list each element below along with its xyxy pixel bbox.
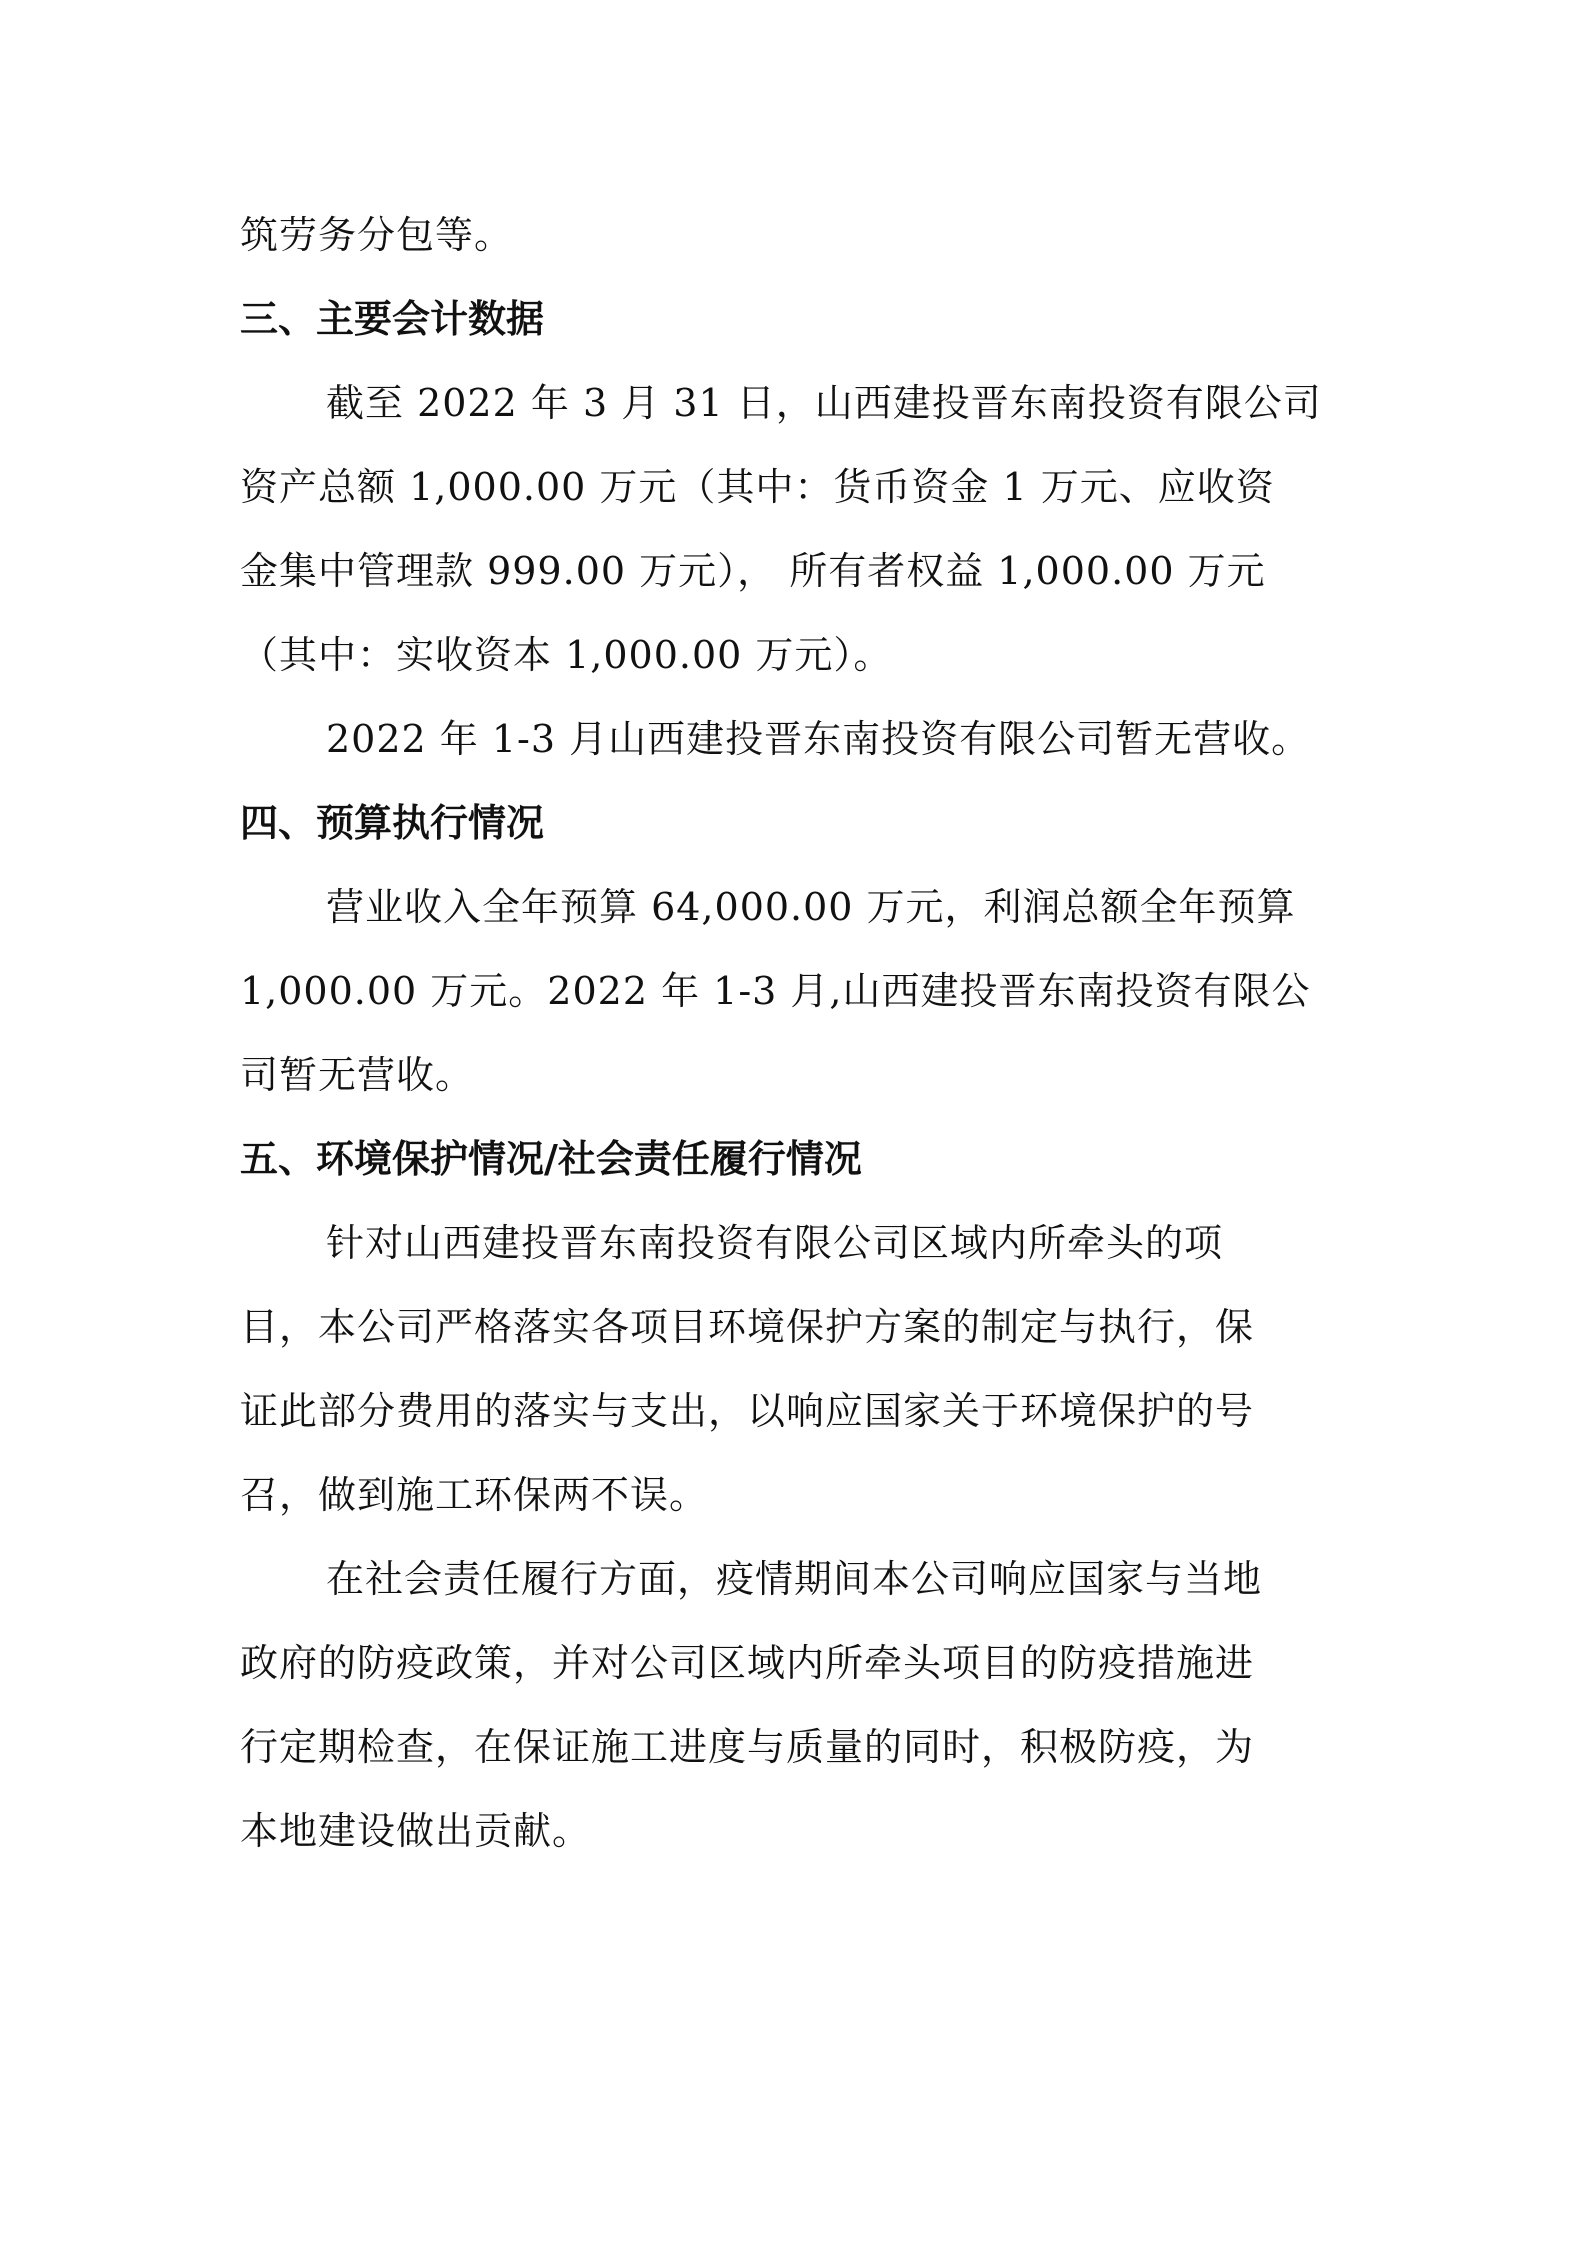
paragraph-line: 目，本公司严格落实各项目环境保护方案的制定与执行，保 bbox=[240, 1305, 1254, 1349]
section-heading-environment-social: 五、环境保护情况/社会责任履行情况 bbox=[240, 1137, 862, 1181]
paragraph-line: 召，做到施工环保两不误。 bbox=[240, 1473, 708, 1517]
paragraph-line: （其中：实收资本 1,000.00 万元）。 bbox=[240, 633, 892, 677]
paragraph-line: 资产总额 1,000.00 万元（其中：货币资金 1 万元、应收资 bbox=[240, 465, 1275, 509]
paragraph-line: 2022 年 1-3 月山西建投晋东南投资有限公司暂无营收。 bbox=[326, 717, 1310, 761]
paragraph-line: 1,000.00 万元。2022 年 1-3 月,山西建投晋东南投资有限公 bbox=[240, 969, 1311, 1013]
paragraph-line: 行定期检查，在保证施工进度与质量的同时，积极防疫，为 bbox=[240, 1725, 1254, 1769]
paragraph-line: 截至 2022 年 3 月 31 日，山西建投晋东南投资有限公司 bbox=[326, 381, 1322, 425]
paragraph-line: 政府的防疫政策，并对公司区域内所牵头项目的防疫措施进 bbox=[240, 1641, 1254, 1685]
paragraph-line: 营业收入全年预算 64,000.00 万元，利润总额全年预算 bbox=[326, 885, 1296, 929]
section-heading-budget-execution: 四、预算执行情况 bbox=[240, 801, 544, 845]
section-heading-accounting-data: 三、主要会计数据 bbox=[240, 297, 544, 341]
paragraph-line: 筑劳务分包等。 bbox=[240, 213, 513, 257]
paragraph-line: 证此部分费用的落实与支出，以响应国家关于环境保护的号 bbox=[240, 1389, 1254, 1433]
paragraph-line: 司暂无营收。 bbox=[240, 1053, 474, 1097]
paragraph-line: 针对山西建投晋东南投资有限公司区域内所牵头的项 bbox=[326, 1221, 1223, 1265]
paragraph-line: 本地建设做出贡献。 bbox=[240, 1809, 591, 1853]
document-page: 筑劳务分包等。 三、主要会计数据 截至 2022 年 3 月 31 日，山西建投… bbox=[0, 0, 1587, 2245]
paragraph-line: 在社会责任履行方面，疫情期间本公司响应国家与当地 bbox=[326, 1557, 1262, 1601]
paragraph-line: 金集中管理款 999.00 万元）， 所有者权益 1,000.00 万元 bbox=[240, 549, 1266, 593]
